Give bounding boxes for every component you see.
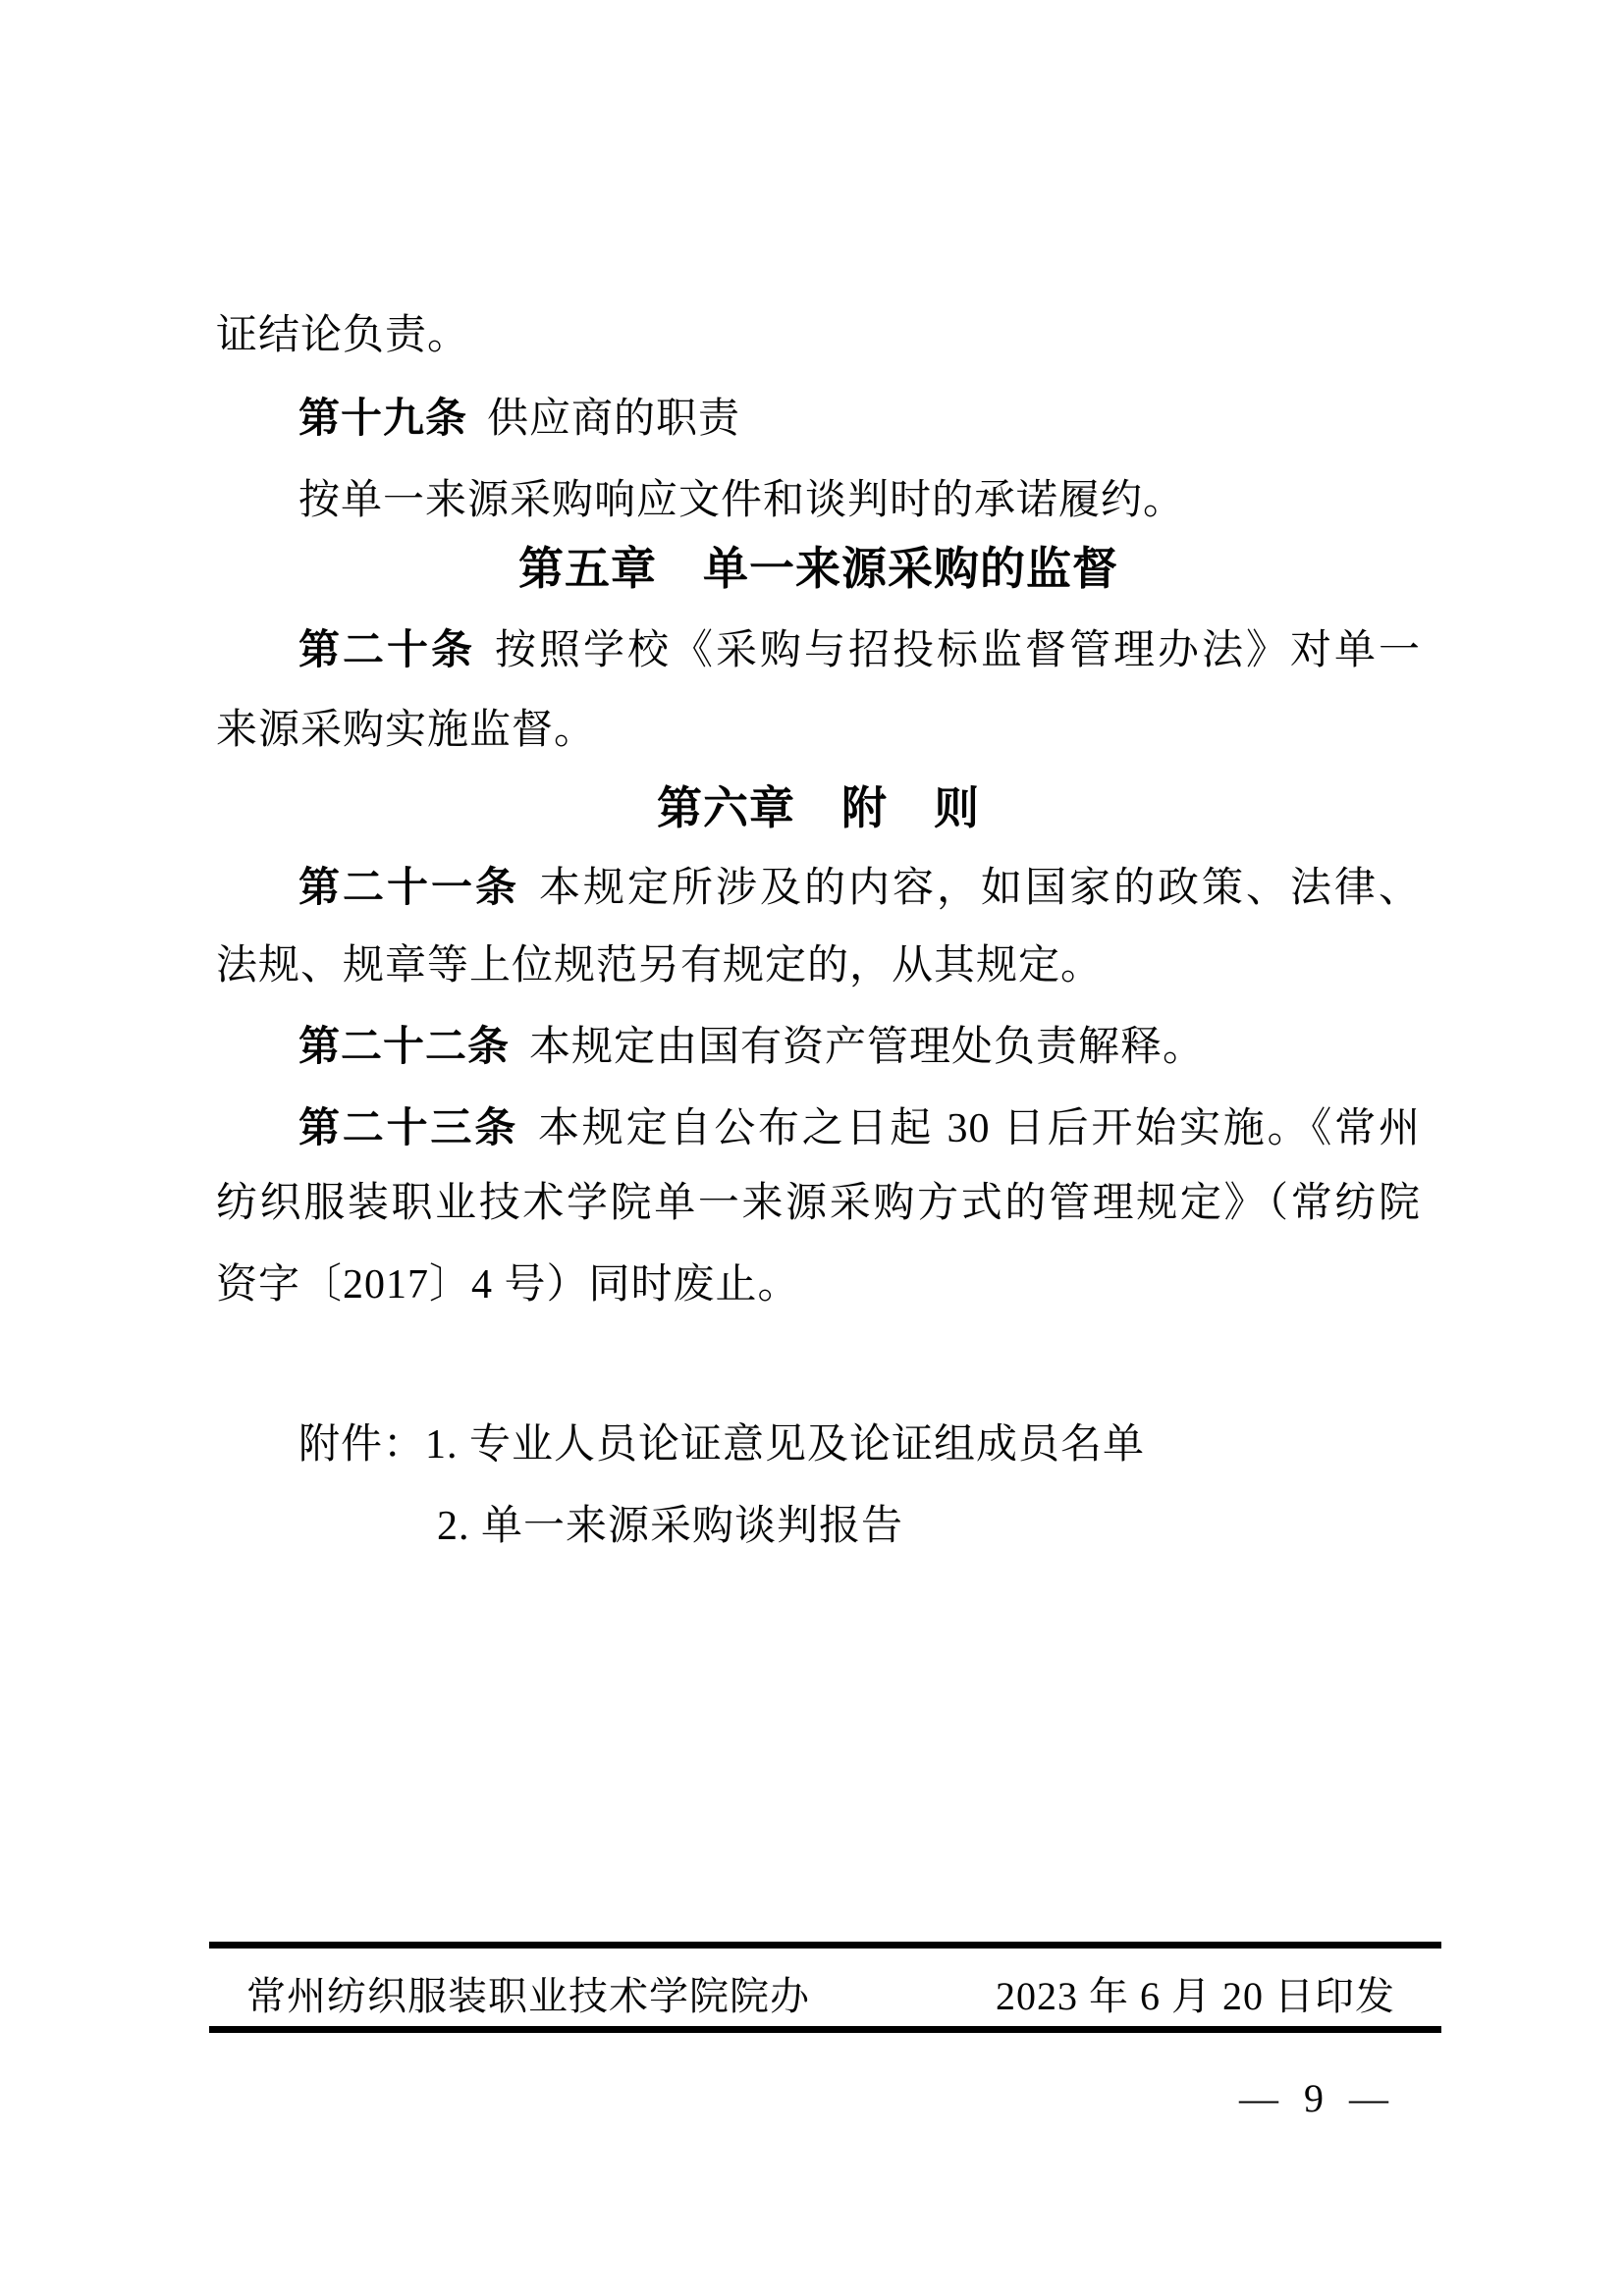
attachment-line-1: 附件：1. 专业人员论证意见及论证组成员名单 [216, 1419, 1421, 1470]
article-22-number: 第二十二条 [298, 1023, 510, 1069]
attachment-line-2: 2. 单一来源采购谈判报告 [216, 1501, 1624, 1552]
article-20-continuation: 来源采购实施监督。 [216, 705, 1421, 756]
body-text: 证结论负责。 [216, 313, 469, 358]
article-21-text: 本规定所涉及的内容，如国家的政策、法律、 [539, 866, 1421, 911]
footer-rule-bottom [209, 2026, 1441, 2033]
body-text: 纺织服装职业技术学院单一来源采购方式的管理规定》（常纺院 [216, 1181, 1421, 1226]
article-19-number: 第十九条 [298, 395, 467, 441]
document-page: 证结论负责。 第十九条供应商的职责 按单一来源采购响应文件和谈判时的承诺履约。 … [0, 0, 1624, 2296]
article-20-line: 第二十条按照学校《采购与招投标监督管理办法》对单一 [216, 624, 1421, 676]
chapter-5-heading: 第五章 单一来源采购的监督 [216, 542, 1421, 595]
body-text: 资字〔2017〕4 号）同时废止。 [216, 1262, 800, 1308]
article-20-text: 按照学校《采购与招投标监督管理办法》对单一 [495, 628, 1421, 673]
article-23-line: 第二十三条本规定自公布之日起 30 日后开始实施。《常州 [216, 1102, 1421, 1154]
attachment-2-text: 2. 单一来源采购谈判报告 [437, 1504, 903, 1549]
body-text: 来源采购实施监督。 [216, 708, 596, 753]
article-22-text: 本规定由国有资产管理处负责解释。 [529, 1025, 1205, 1070]
body-text: 按单一来源采购响应文件和谈判时的承诺履约。 [298, 478, 1185, 523]
page-number: — 9 — [1239, 2075, 1396, 2122]
article-21-continuation: 法规、规章等上位规范另有规定的，从其规定。 [216, 940, 1421, 991]
article-19-line: 第十九条供应商的职责 [216, 393, 1421, 445]
footer-print-date: 2023 年 6 月 20 日印发 [996, 1973, 1395, 2020]
attachment-1-text: 附件：1. 专业人员论证意见及论证组成员名单 [298, 1422, 1145, 1468]
article-19-body-line: 按单一来源采购响应文件和谈判时的承诺履约。 [216, 475, 1421, 526]
body-text: 法规、规章等上位规范另有规定的，从其规定。 [216, 943, 1103, 988]
article-21-line: 第二十一条本规定所涉及的内容，如国家的政策、法律、 [216, 862, 1421, 914]
footer-rule-top [209, 1942, 1441, 1949]
body-line-continuation: 证结论负责。 [216, 310, 1421, 361]
article-21-number: 第二十一条 [298, 864, 519, 910]
article-23-text: 本规定自公布之日起 30 日后开始实施。《常州 [538, 1106, 1421, 1151]
article-23-continuation-1: 纺织服装职业技术学院单一来源采购方式的管理规定》（常纺院 [216, 1178, 1421, 1229]
footer-issuer: 常州纺织服装职业技术学院院办 [246, 1973, 810, 2020]
article-22-line: 第二十二条本规定由国有资产管理处负责解释。 [216, 1021, 1421, 1073]
article-19-text: 供应商的职责 [487, 397, 740, 442]
chapter-6-heading: 第六章 附 则 [216, 781, 1421, 834]
article-23-continuation-2: 资字〔2017〕4 号）同时废止。 [216, 1259, 1421, 1310]
article-23-number: 第二十三条 [298, 1104, 518, 1150]
article-20-number: 第二十条 [298, 626, 475, 672]
